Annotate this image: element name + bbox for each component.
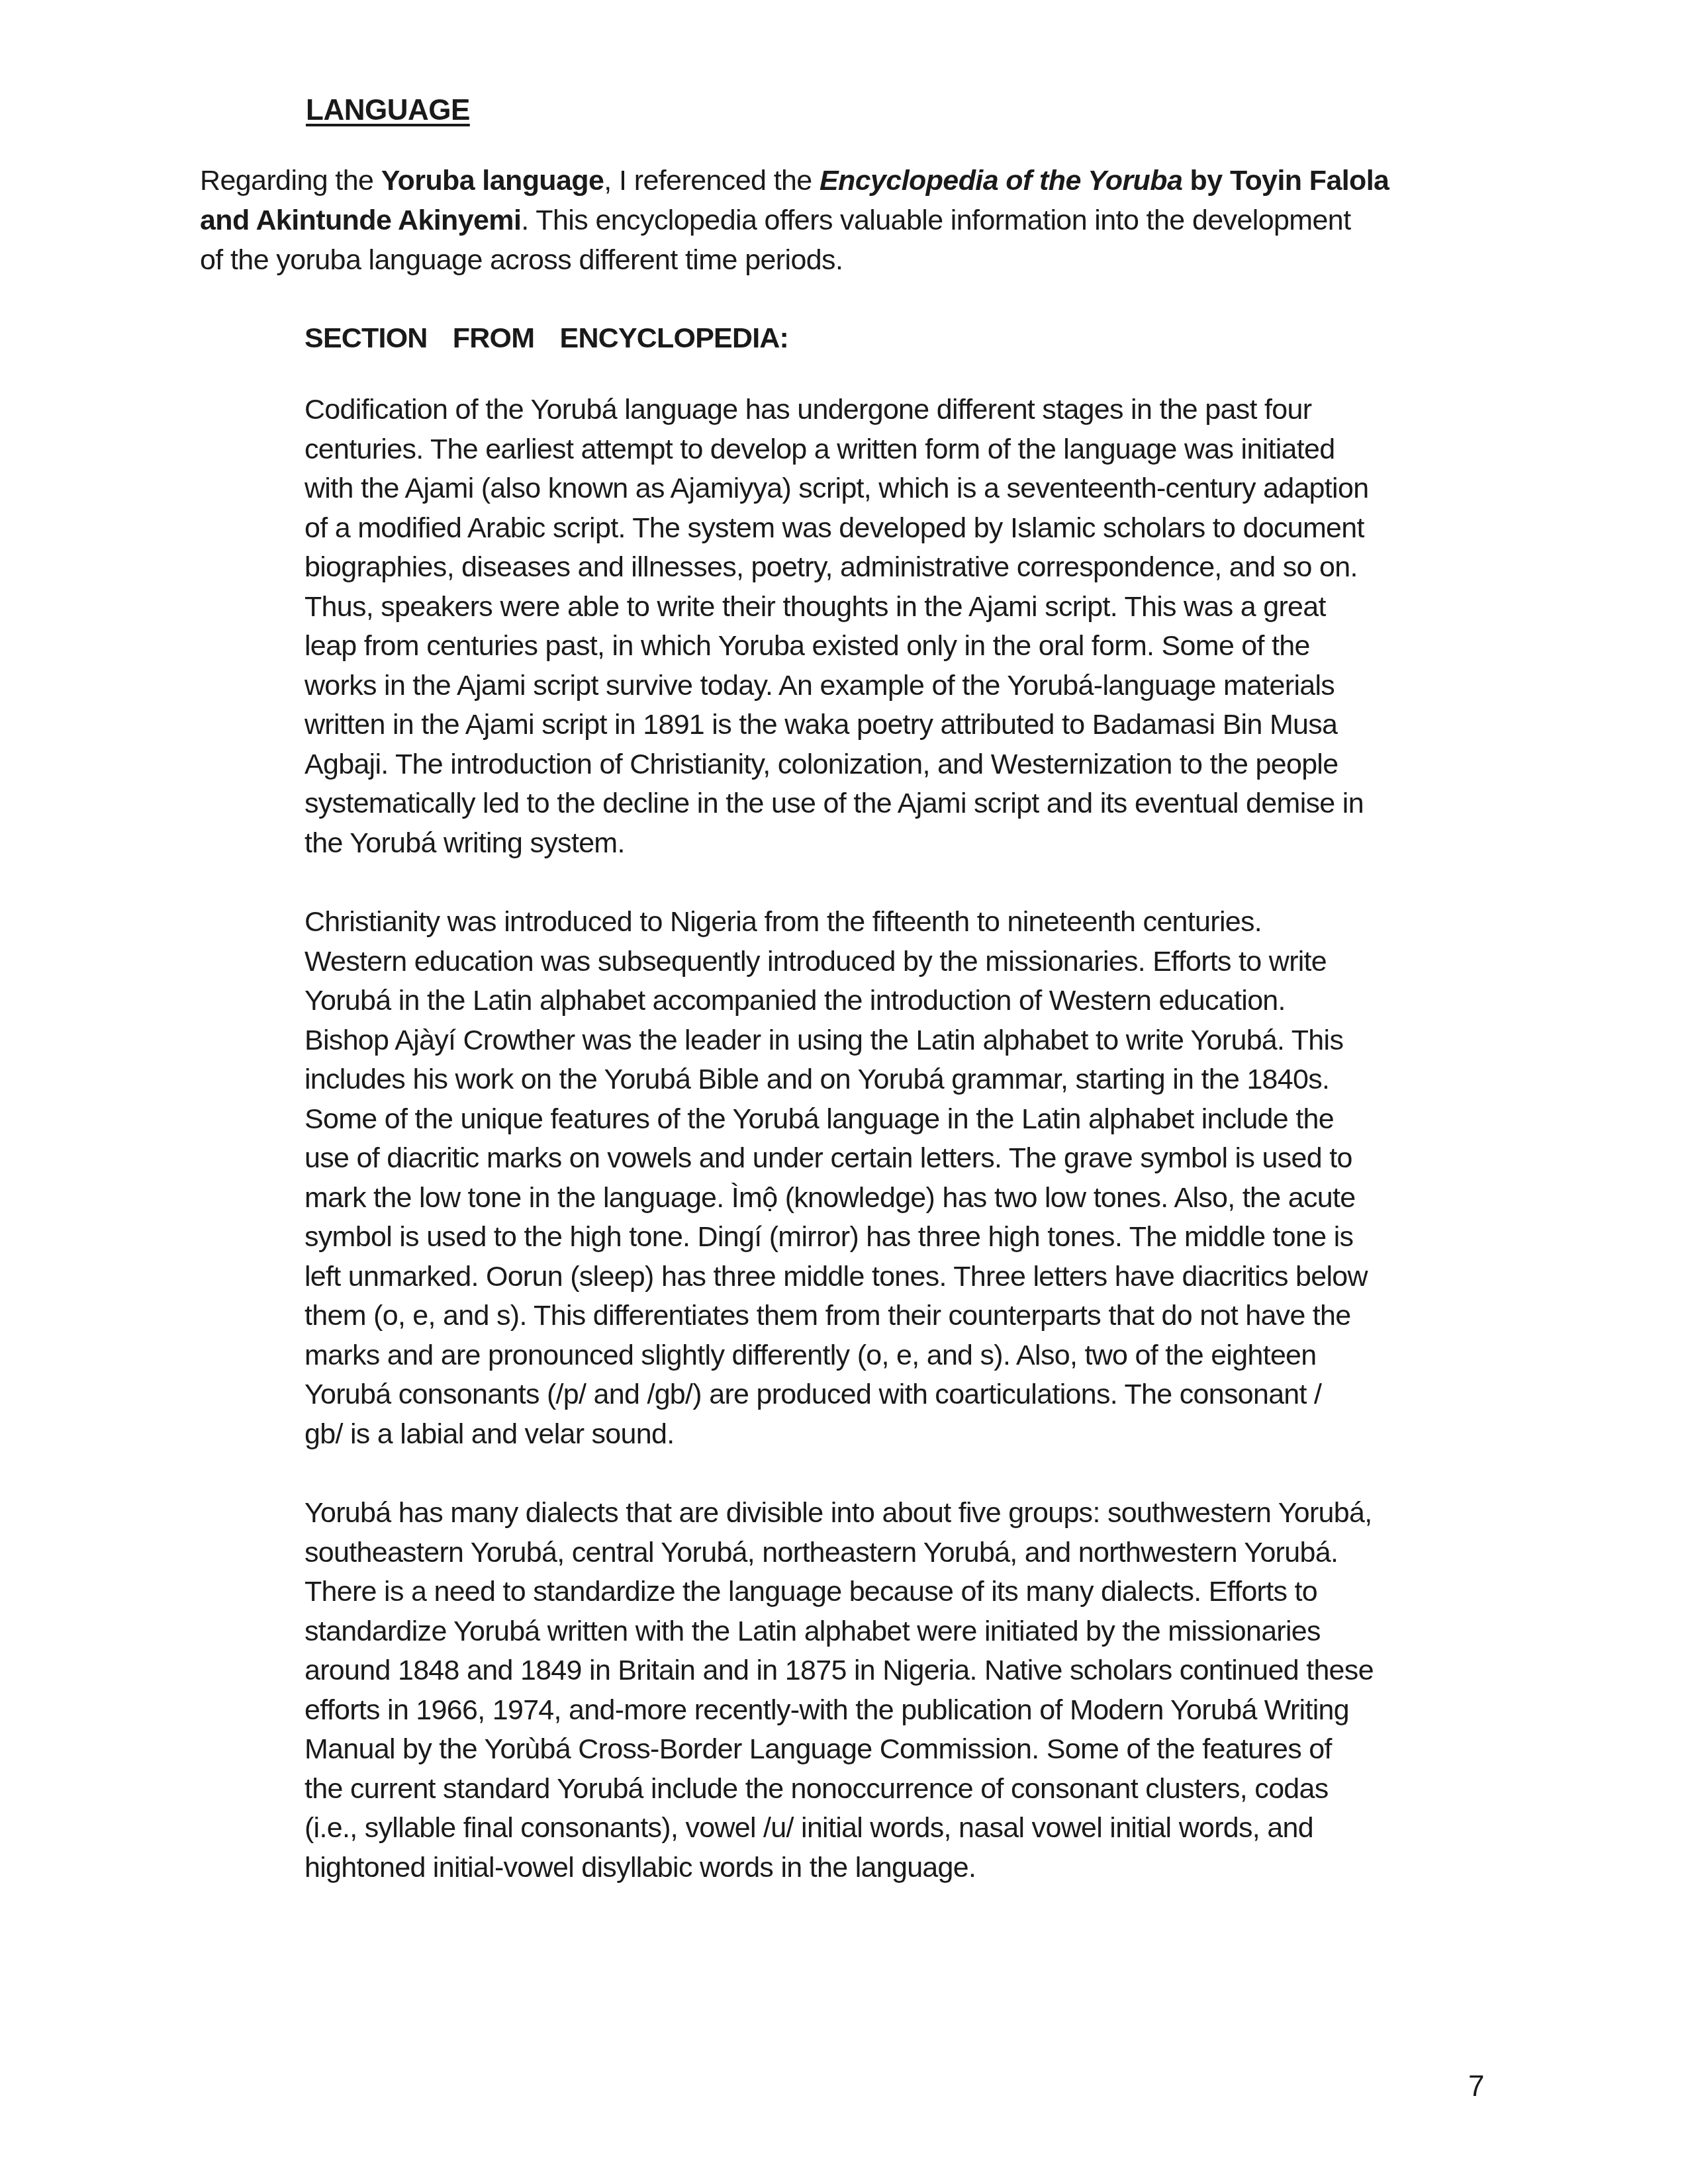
text-line: Yorubá in the Latin alphabet accompanied… <box>305 981 1516 1021</box>
text-line: Western education was subsequently intro… <box>305 942 1516 982</box>
intro-text: Regarding the <box>200 165 381 197</box>
text-line: Yorubá has many dialects that are divisi… <box>305 1494 1516 1533</box>
text-line: (i.e., syllable final consonants), vowel… <box>305 1809 1516 1848</box>
text-line: southeastern Yorubá, central Yorubá, nor… <box>305 1533 1516 1573</box>
text-line: Codification of the Yorubá language has … <box>305 390 1516 430</box>
author-names: and Akintunde Akinyemi <box>200 205 521 236</box>
text-line: biographies, diseases and illnesses, poe… <box>305 548 1516 588</box>
text-line: Bishop Ajàyí Crowther was the leader in … <box>305 1021 1516 1061</box>
text-line: includes his work on the Yorubá Bible an… <box>305 1060 1516 1100</box>
intro-line: and Akintunde Akinyemi. This encyclopedi… <box>200 201 1497 240</box>
text-line: Manual by the Yorùbá Cross-Border Langua… <box>305 1730 1516 1770</box>
encyclopedia-excerpt: Codification of the Yorubá language has … <box>305 390 1516 1927</box>
paragraph-dialects: Yorubá has many dialects that are divisi… <box>305 1494 1516 1888</box>
intro-text: of the yoruba language across different … <box>200 244 843 276</box>
section-heading: SECTION FROM ENCYCLOPEDIA: <box>305 322 788 355</box>
document-page: LANGUAGE Regarding the Yoruba language, … <box>0 0 1688 2184</box>
topic-emphasis: Yoruba language <box>381 165 604 197</box>
text-line: with the Ajami (also known as Ajamiyya) … <box>305 469 1516 509</box>
text-line: written in the Ajami script in 1891 is t… <box>305 705 1516 745</box>
page-number: 7 <box>1468 2070 1484 2103</box>
text-line: marks and are pronounced slightly differ… <box>305 1336 1516 1376</box>
text-line: hightoned initial-vowel disyllabic words… <box>305 1848 1516 1888</box>
author-names: by Toyin Falola <box>1182 165 1389 197</box>
intro-line: of the yoruba language across different … <box>200 240 1497 280</box>
text-line: of a modified Arabic script. The system … <box>305 509 1516 549</box>
intro-paragraph: Regarding the Yoruba language, I referen… <box>200 161 1497 280</box>
text-line: the Yorubá writing system. <box>305 824 1516 864</box>
text-line: centuries. The earliest attempt to devel… <box>305 430 1516 470</box>
text-line: Thus, speakers were able to write their … <box>305 588 1516 627</box>
text-line: leap from centuries past, in which Yorub… <box>305 627 1516 666</box>
text-line: symbol is used to the high tone. Dingí (… <box>305 1218 1516 1257</box>
page-heading: LANGUAGE <box>306 94 470 127</box>
text-line: Some of the unique features of the Yorub… <box>305 1100 1516 1140</box>
intro-line: Regarding the Yoruba language, I referen… <box>200 161 1497 201</box>
text-line: use of diacritic marks on vowels and und… <box>305 1139 1516 1179</box>
text-line: around 1848 and 1849 in Britain and in 1… <box>305 1651 1516 1691</box>
text-line: standardize Yorubá written with the Lati… <box>305 1612 1516 1652</box>
text-line: efforts in 1966, 1974, and-more recently… <box>305 1691 1516 1731</box>
intro-text: , I referenced the <box>604 165 820 197</box>
text-line: mark the low tone in the language. Ìmộ (… <box>305 1179 1516 1218</box>
paragraph-latin-alphabet: Christianity was introduced to Nigeria f… <box>305 903 1516 1454</box>
text-line: There is a need to standardize the langu… <box>305 1572 1516 1612</box>
text-line: Christianity was introduced to Nigeria f… <box>305 903 1516 942</box>
paragraph-ajami-script: Codification of the Yorubá language has … <box>305 390 1516 863</box>
book-title: Encyclopedia of the Yoruba <box>820 165 1182 197</box>
text-line: gb/ is a labial and velar sound. <box>305 1415 1516 1455</box>
text-line: the current standard Yorubá include the … <box>305 1770 1516 1809</box>
intro-text: . This encyclopedia offers valuable info… <box>521 205 1350 236</box>
text-line: works in the Ajami script survive today.… <box>305 666 1516 706</box>
text-line: them (o, e, and s). This differentiates … <box>305 1297 1516 1336</box>
text-line: Yorubá consonants (/p/ and /gb/) are pro… <box>305 1375 1516 1415</box>
text-line: systematically led to the decline in the… <box>305 784 1516 824</box>
text-line: Agbaji. The introduction of Christianity… <box>305 745 1516 785</box>
text-line: left unmarked. Oorun (sleep) has three m… <box>305 1257 1516 1297</box>
